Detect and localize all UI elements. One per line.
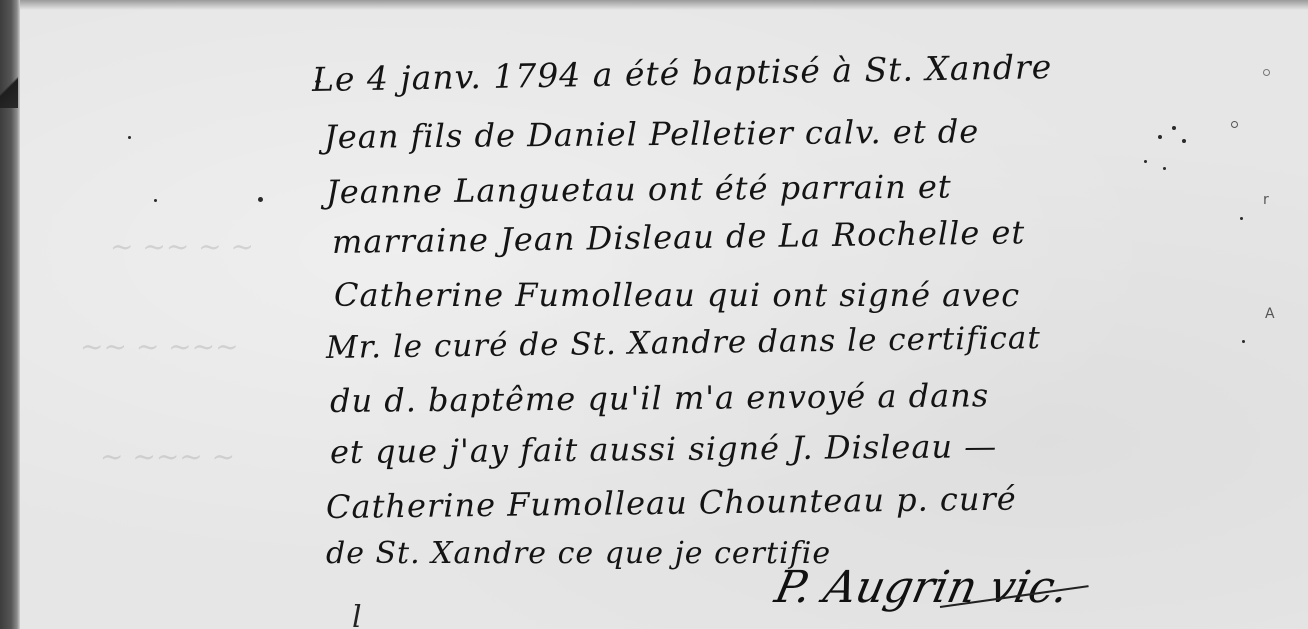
paper-background: [20, 0, 1308, 629]
scanned-register-page: ~ ~~ ~ ~ ~~ ~ ~~~ ~ ~~~ ~ r A Le 4 janv.…: [0, 0, 1308, 629]
ink-speck: [1158, 135, 1162, 139]
ink-ring: [1231, 121, 1238, 128]
ink-speck: [1144, 160, 1147, 163]
ink-speck: [258, 197, 263, 202]
top-edge-shadow: [20, 0, 1308, 10]
ink-speck: [128, 136, 131, 139]
record-line-2: Jean fils de Daniel Pelletier calv. et d…: [324, 112, 980, 156]
record-line-10: de St. Xandre ce que je certifie: [326, 536, 831, 571]
next-entry-fragment: l: [352, 600, 362, 629]
priest-signature: P. Augrin vic.: [771, 562, 1074, 613]
bleed-through-text: ~~ ~ ~~~: [80, 330, 239, 363]
ink-speck: [1240, 217, 1243, 220]
ink-speck: [1172, 126, 1176, 130]
record-line-7: du d. baptême qu'il m'a envoyé a dans: [330, 376, 990, 420]
record-line-5: Catherine Fumolleau qui ont signé avec: [334, 276, 1020, 314]
record-line-3: Jeanne Languetau ont été parrain et: [326, 168, 952, 211]
ink-speck: [1163, 167, 1166, 170]
binding-fold: [0, 68, 18, 108]
margin-mark: A: [1265, 306, 1275, 322]
record-line-8: et que j'ay fait aussi signé J. Disleau …: [330, 427, 998, 471]
ink-speck: [154, 199, 157, 202]
margin-mark: r: [1263, 192, 1269, 208]
ink-speck: [1242, 340, 1245, 343]
bleed-through-text: ~ ~~~ ~: [100, 440, 235, 473]
ink-speck: [1182, 139, 1186, 143]
bleed-through-text: ~ ~~ ~ ~: [110, 230, 254, 263]
ink-ring: [1263, 69, 1270, 76]
